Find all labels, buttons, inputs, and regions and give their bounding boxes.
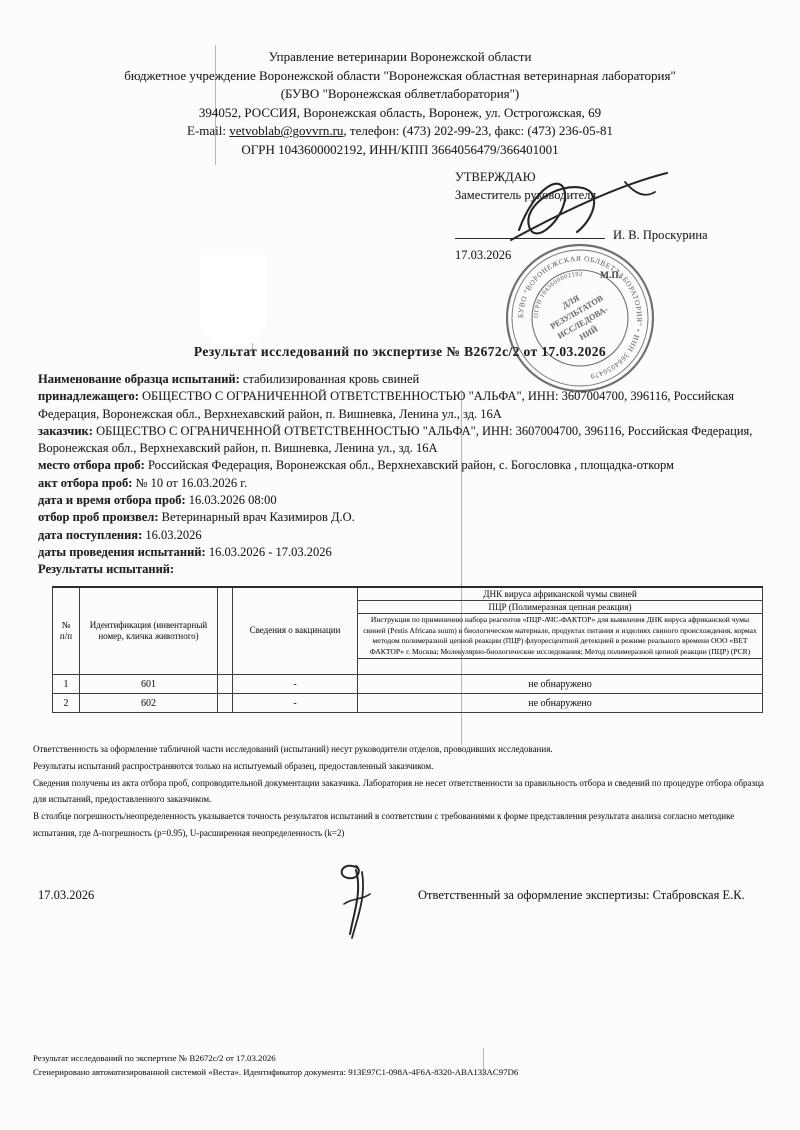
sample-details: Наименование образца испытаний: стабилиз… <box>38 371 765 579</box>
note-responsibility: Ответственность за оформление табличной … <box>33 741 770 758</box>
cell-number: 1 <box>53 675 80 694</box>
document-title: Результат исследований по экспертизе № В… <box>0 344 800 360</box>
document-footer: Результат исследований по экспертизе № В… <box>33 1052 773 1079</box>
result-header-method-full: Инструкция по применению набора реагенто… <box>358 614 763 659</box>
org-ogrn-inn: ОГРН 1043600002192, ИНН/КПП 3664056479/3… <box>40 141 760 160</box>
detail-owner: принадлежащего: ОБЩЕСТВО С ОГРАНИЧЕННОЙ … <box>38 388 765 423</box>
scanned-document-page: Управление ветеринарии Воронежской облас… <box>0 0 800 1130</box>
cell-identification: 601 <box>80 675 218 694</box>
note-uncertainty: В столбце погрешность/неопределенность у… <box>33 808 770 842</box>
results-table: № п/п Идентификация (инвентарный номер, … <box>52 586 763 713</box>
table-row: 1 601 - не обнаружено <box>53 675 763 694</box>
cell-spacer <box>218 694 233 713</box>
detail-sampler: отбор проб произвел: Ветеринарный врач К… <box>38 509 765 526</box>
detail-receipt-date: дата поступления: 16.03.2026 <box>38 527 765 544</box>
org-name: бюджетное учреждение Воронежской области… <box>40 67 760 86</box>
col-header-vaccination: Сведения о вакцинации <box>233 587 358 675</box>
result-header-empty-cell <box>358 659 763 675</box>
cell-vaccination: - <box>233 675 358 694</box>
detail-test-dates: даты проведения испытаний: 16.03.2026 - … <box>38 544 765 561</box>
cell-spacer <box>218 675 233 694</box>
col-header-identification: Идентификация (инвентарный номер, кличка… <box>80 587 218 675</box>
org-contacts: E-mail: vetvoblab@govvrn.ru, телефон: (4… <box>40 122 760 141</box>
col-header-number: № п/п <box>53 587 80 675</box>
cell-identification: 602 <box>80 694 218 713</box>
footer-expertise-ref: Результат исследований по экспертизе № В… <box>33 1052 773 1066</box>
cell-number: 2 <box>53 694 80 713</box>
result-header-method-short: ПЦР (Полимеразная цепная реакция) <box>358 601 763 614</box>
detail-sample-name: Наименование образца испытаний: стабилиз… <box>38 371 765 388</box>
results-section-label: Результаты испытаний: <box>38 561 765 578</box>
responsible-signature <box>328 858 376 942</box>
note-source: Сведения получены из акта отбора проб, с… <box>33 775 770 809</box>
email-label: E-mail: <box>187 123 226 138</box>
footer-generated-by: Сгенерировано автоматизированной системо… <box>33 1066 773 1080</box>
signoff-date: 17.03.2026 <box>38 888 94 903</box>
cell-result: не обнаружено <box>358 675 763 694</box>
letterhead: Управление ветеринарии Воронежской облас… <box>40 48 760 160</box>
approver-signature <box>505 168 675 253</box>
result-header-disease: ДНК вируса африканской чумы свиней <box>358 587 763 601</box>
scan-whiteout-blob <box>200 250 266 348</box>
email-link: vetvoblab@govvrn.ru <box>229 123 343 138</box>
disclaimer-notes: Ответственность за оформление табличной … <box>33 741 770 842</box>
responsible-person: Ответственный за оформление экспертизы: … <box>418 888 745 903</box>
cell-vaccination: - <box>233 694 358 713</box>
detail-sampling-place: место отбора проб: Российская Федерация,… <box>38 457 765 474</box>
phone-fax: , телефон: (473) 202-99-23, факс: (473) … <box>343 123 613 138</box>
table-row: 2 602 - не обнаружено <box>53 694 763 713</box>
col-header-spacer <box>218 587 233 675</box>
org-address: 394052, РОССИЯ, Воронежская область, Вор… <box>40 104 760 123</box>
detail-sampling-act: акт отбора проб: № 10 от 16.03.2026 г. <box>38 475 765 492</box>
cell-result: не обнаружено <box>358 694 763 713</box>
note-scope: Результаты испытаний распространяются то… <box>33 758 770 775</box>
org-short-name: (БУВО "Воронежская облветлаборатория") <box>40 85 760 104</box>
detail-customer: заказчик: ОБЩЕСТВО С ОГРАНИЧЕННОЙ ОТВЕТС… <box>38 423 765 458</box>
detail-sampling-datetime: дата и время отбора проб: 16.03.2026 08:… <box>38 492 765 509</box>
org-authority: Управление ветеринарии Воронежской облас… <box>40 48 760 67</box>
mp-mark: М.П. <box>600 271 621 281</box>
